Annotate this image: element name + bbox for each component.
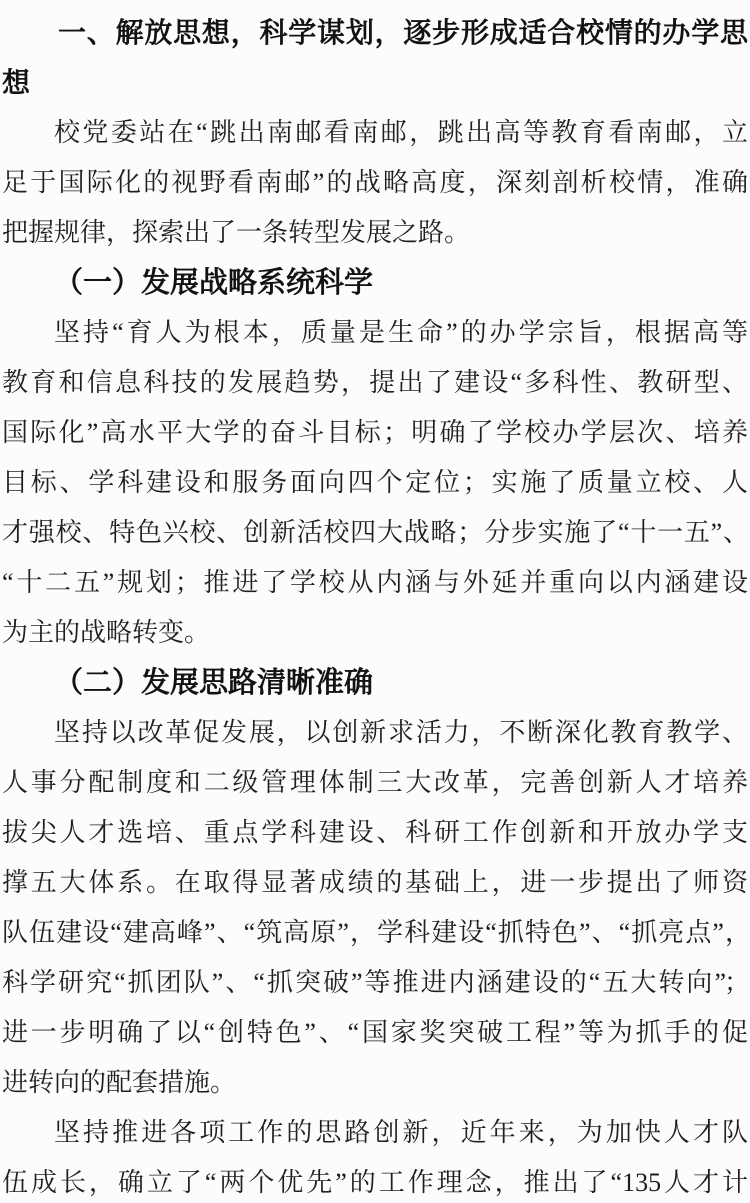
scanned-document-page: { "page": { "background_color": "#fcfcfc…	[0, 0, 750, 1203]
section1-paragraph-line-1: 坚持“育人为根本，质量是生命”的办学宗旨，根据高等	[2, 308, 748, 358]
section2-paragraph1-line-5: 队伍建设“建高峰”、“筑高原”，学科建设“抓特色”、“抓亮点”，	[2, 908, 748, 958]
section2-paragraph2-line-1: 坚持推进各项工作的思路创新，近年来，为加快人才队	[2, 1108, 748, 1158]
section2-paragraph1-line-1: 坚持以改革促发展，以创新求活力，不断深化教育教学、	[2, 708, 748, 758]
section2-paragraph2-line-2: 伍成长，确立了“两个优先”的工作理念，推出了“135人才计	[2, 1158, 748, 1203]
section2-paragraph1-line-3: 拔尖人才选培、重点学科建设、科研工作创新和开放办学支	[2, 808, 748, 858]
section1-paragraph-line-4: 目标、学科建设和服务面向四个定位；实施了质量立校、人	[2, 458, 748, 508]
section1-paragraph-line-2: 教育和信息科技的发展趋势，提出了建设“多科性、教研型、	[2, 358, 748, 408]
section1-paragraph-line-7: 为主的战略转变。	[2, 608, 748, 658]
section2-paragraph1-line-8: 进转向的配套措施。	[2, 1058, 748, 1108]
main-title-line-1: 一、解放思想，科学谋划，逐步形成适合校情的办学思	[2, 8, 748, 58]
section2-paragraph1-line-7: 进一步明确了以“创特色”、“国家奖突破工程”等为抓手的促	[2, 1008, 748, 1058]
section1-paragraph-line-6: “十二五”规划；推进了学校从内涵与外延并重向以内涵建设	[2, 558, 748, 608]
section1-paragraph-line-3: 国际化”高水平大学的奋斗目标；明确了学校办学层次、培养	[2, 408, 748, 458]
intro-paragraph-line-2: 足于国际化的视野看南邮”的战略高度，深刻剖析校情，准确	[2, 158, 748, 208]
document-body: 一、解放思想，科学谋划，逐步形成适合校情的办学思 想 校党委站在“跳出南邮看南邮…	[0, 0, 750, 1203]
section1-heading: （一）发展战略系统科学	[2, 258, 748, 308]
section2-heading: （二）发展思路清晰准确	[2, 658, 748, 708]
main-title-line-2: 想	[2, 58, 748, 108]
intro-paragraph-line-3: 把握规律，探索出了一条转型发展之路。	[2, 208, 748, 258]
section2-paragraph1-line-4: 撑五大体系。在取得显著成绩的基础上，进一步提出了师资	[2, 858, 748, 908]
intro-paragraph-line-1: 校党委站在“跳出南邮看南邮，跳出高等教育看南邮，立	[2, 108, 748, 158]
section1-paragraph-line-5: 才强校、特色兴校、创新活校四大战略；分步实施了“十一五”、	[2, 508, 748, 558]
section2-paragraph1-line-6: 科学研究“抓团队”、“抓突破”等推进内涵建设的“五大转向”；	[2, 958, 748, 1008]
section2-paragraph1-line-2: 人事分配制度和二级管理体制三大改革，完善创新人才培养	[2, 758, 748, 808]
